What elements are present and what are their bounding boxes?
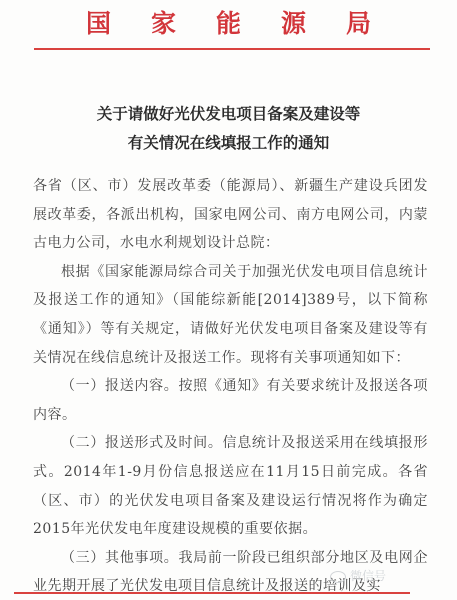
title-line-2: 有关情况在线填报工作的通知 bbox=[0, 128, 457, 157]
footer-red-rule bbox=[14, 592, 410, 594]
addressee: 各省（区、市）发展改革委（能源局）、新疆生产建设兵团发展改革委，各派出机构，国家… bbox=[33, 172, 428, 258]
document-body: 各省（区、市）发展改革委（能源局）、新疆生产建设兵团发展改革委，各派出机构，国家… bbox=[33, 172, 428, 600]
item-2: （二）报送形式及时间。信息统计及报送采用在线填报形式。2014年1-9月份信息报… bbox=[33, 429, 428, 543]
watermark: 微信号 bbox=[330, 567, 386, 584]
header-char: 能 bbox=[216, 4, 241, 40]
title-line-1: 关于请做好光伏发电项目备案及建设等 bbox=[0, 99, 457, 128]
header-char: 源 bbox=[281, 4, 306, 40]
wechat-logo-icon bbox=[330, 571, 346, 583]
header-char: 局 bbox=[346, 4, 371, 40]
header-char: 国 bbox=[86, 4, 111, 40]
paragraph-intro: 根据《国家能源局综合司关于加强光伏发电项目信息统计及报送工作的通知》（国能综新能… bbox=[33, 258, 428, 372]
watermark-text: 微信号 bbox=[350, 569, 386, 583]
document-title: 关于请做好光伏发电项目备案及建设等 有关情况在线填报工作的通知 bbox=[0, 99, 457, 157]
item-1: （一）报送内容。按照《通知》有关要求统计及报送各项内容。 bbox=[33, 372, 428, 429]
header-red-rule bbox=[34, 48, 430, 50]
issuing-authority-header: 国家能源局 bbox=[0, 4, 457, 40]
header-char: 家 bbox=[151, 4, 176, 40]
